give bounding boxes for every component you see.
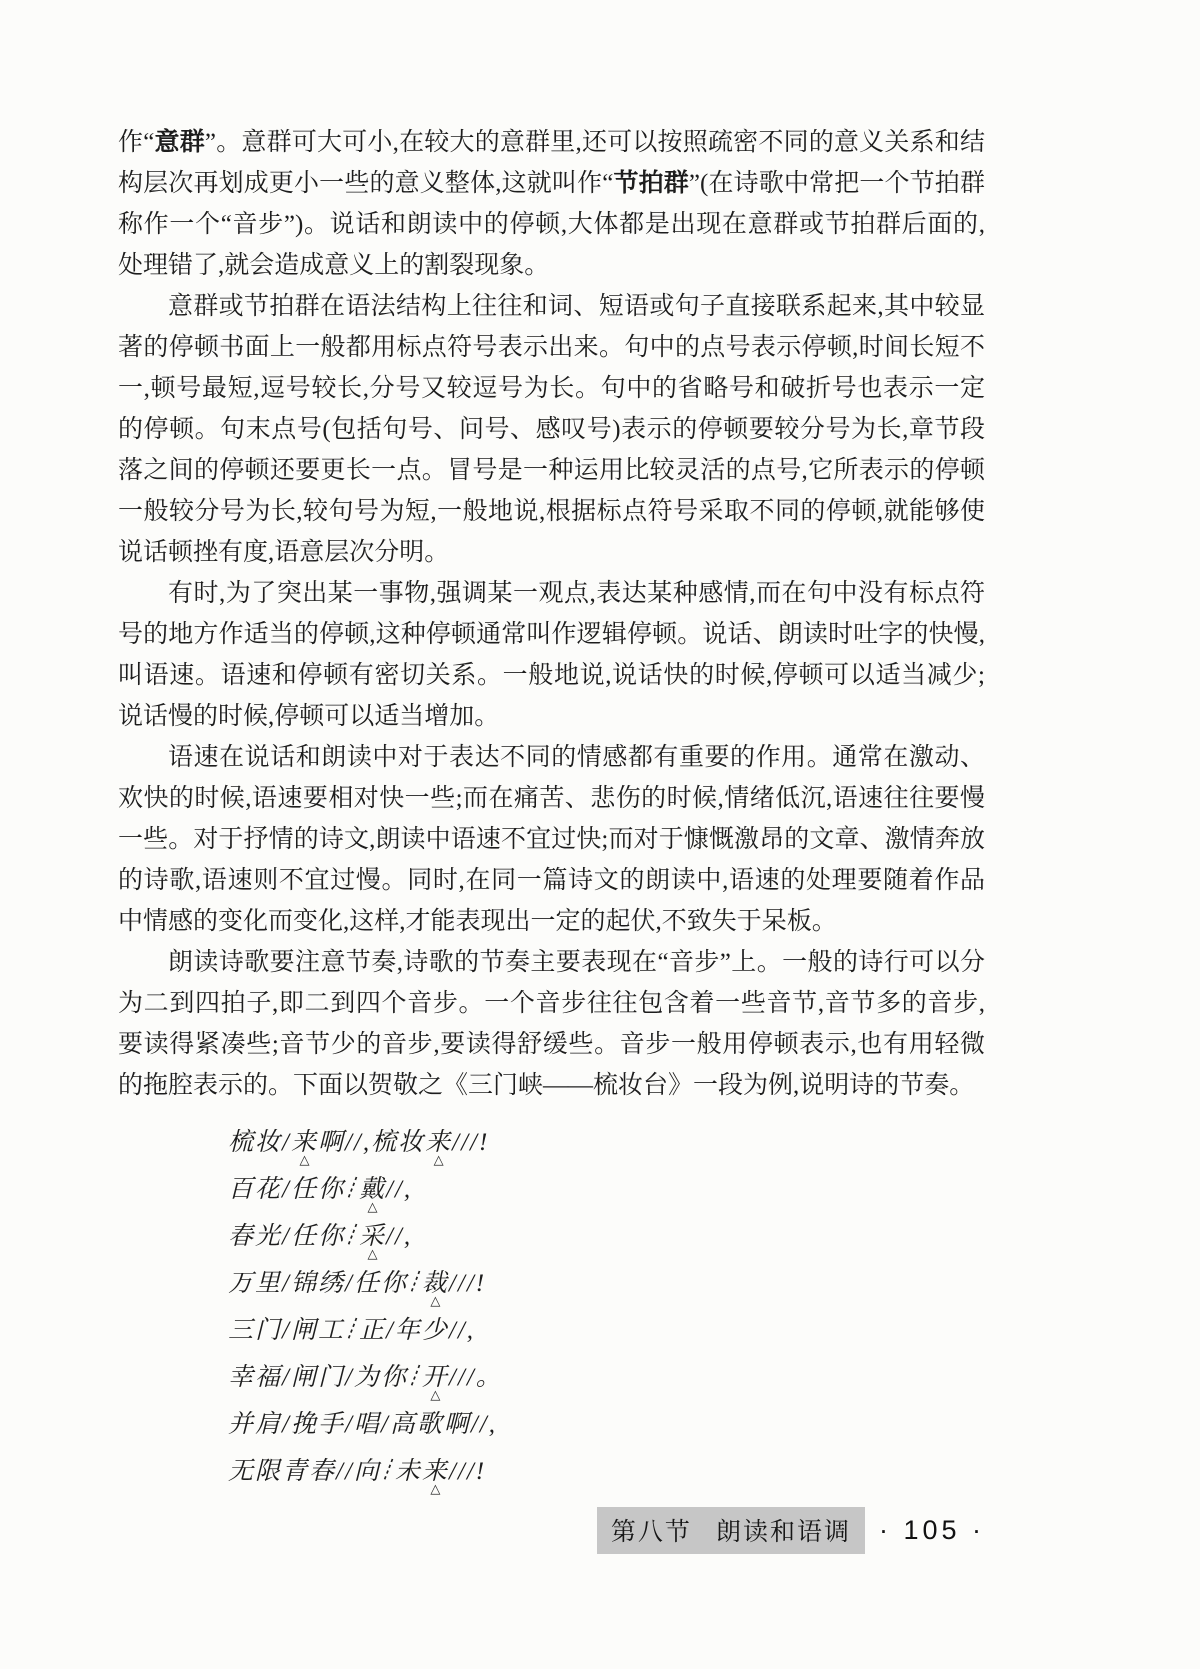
page-number: · 105 · bbox=[879, 1515, 985, 1546]
stressed-char: 裁△ bbox=[422, 1265, 449, 1303]
poem-text: 万里/锦绣/任你 bbox=[228, 1270, 408, 1297]
triangle-stress-icon: △ bbox=[430, 1294, 440, 1307]
poem-text: 春光/任你 bbox=[228, 1223, 345, 1250]
poem-text: ///。 bbox=[449, 1364, 503, 1391]
poem-text: 梳妆/ bbox=[228, 1129, 291, 1156]
poem-line: 春光/任你采△//, bbox=[228, 1218, 985, 1256]
poem-line: 百花/任你戴△//, bbox=[228, 1171, 985, 1209]
poem-text: ///! bbox=[452, 1129, 489, 1156]
paragraph: 语速在说话和朗读中对于表达不同的情感都有重要的作用。通常在激动、欢快的时候,语速… bbox=[118, 737, 985, 942]
triangle-stress-icon: △ bbox=[430, 1482, 440, 1495]
stressed-char: 来△ bbox=[291, 1124, 318, 1162]
paragraph: 意群或节拍群在语法结构上往往和词、短语或句子直接联系起来,其中较显著的停顿书面上… bbox=[118, 286, 985, 573]
dashed-slash-icon bbox=[345, 1175, 359, 1201]
poem-block: 梳妆/来△啊//,梳妆来△///!百花/任你戴△//,春光/任你采△//,万里/… bbox=[228, 1124, 985, 1491]
paragraph: 有时,为了突出某一事物,强调某一观点,表达某种感情,而在句中没有标点符号的地方作… bbox=[118, 573, 985, 737]
poem-line: 三门/闸工正/年少//, bbox=[228, 1312, 985, 1350]
poem-text: 并肩/挽手/唱/高歌啊//, bbox=[228, 1411, 497, 1438]
poem-text: 未 bbox=[395, 1458, 422, 1485]
text-run: 意群或节拍群在语法结构上往往和词、短语或句子直接联系起来,其中较显著的停顿书面上… bbox=[118, 293, 985, 566]
triangle-stress-icon: △ bbox=[299, 1153, 309, 1166]
triangle-stress-icon: △ bbox=[430, 1388, 440, 1401]
book-page: 作“意群”。意群可大可小,在较大的意群里,还可以按照疏密不同的意义关系和结构层次… bbox=[0, 0, 1200, 1669]
dashed-slash-icon bbox=[408, 1363, 422, 1389]
paragraph: 朗读诗歌要注意节奏,诗歌的节奏主要表现在“音步”上。一般的诗行可以分为二到四拍子… bbox=[118, 942, 985, 1106]
dashed-slash-icon bbox=[345, 1222, 359, 1248]
poem-line: 并肩/挽手/唱/高歌啊//, bbox=[228, 1406, 985, 1444]
poem-text: 百花/任你 bbox=[228, 1176, 345, 1203]
text-run: 作“ bbox=[118, 129, 154, 156]
poem-text: 正/年少//, bbox=[359, 1317, 475, 1344]
paragraph: 作“意群”。意群可大可小,在较大的意群里,还可以按照疏密不同的意义关系和结构层次… bbox=[118, 122, 985, 286]
triangle-stress-icon: △ bbox=[367, 1200, 377, 1213]
poem-text: //, bbox=[386, 1223, 412, 1250]
text-run: 有时,为了突出某一事物,强调某一观点,表达某种感情,而在句中没有标点符号的地方作… bbox=[118, 580, 985, 730]
poem-line: 梳妆/来△啊//,梳妆来△///! bbox=[228, 1124, 985, 1162]
section-number: 第八节 bbox=[611, 1518, 692, 1546]
stressed-char: 采△ bbox=[359, 1218, 386, 1256]
text-run: 朗读诗歌要注意节奏,诗歌的节奏主要表现在“音步”上。一般的诗行可以分为二到四拍子… bbox=[118, 949, 985, 1099]
stressed-char: 来△ bbox=[425, 1124, 452, 1162]
poem-text: //, bbox=[386, 1176, 412, 1203]
text-run: 语速在说话和朗读中对于表达不同的情感都有重要的作用。通常在激动、欢快的时候,语速… bbox=[118, 744, 985, 935]
stressed-char: 戴△ bbox=[359, 1171, 386, 1209]
poem-text: 无限青春//向 bbox=[228, 1458, 381, 1485]
poem-line: 幸福/闸门/为你开△///。 bbox=[228, 1359, 985, 1397]
poem-text: 啊//,梳妆 bbox=[318, 1129, 425, 1156]
bold-term: 意群 bbox=[154, 128, 205, 156]
poem-text: 幸福/闸门/为你 bbox=[228, 1364, 408, 1391]
stressed-char: 开△ bbox=[422, 1359, 449, 1397]
section-title-bar: 第八节朗读和语调 bbox=[597, 1507, 865, 1554]
poem-text: 三门/闸工 bbox=[228, 1317, 345, 1344]
dashed-slash-icon bbox=[408, 1269, 422, 1295]
page-footer: 第八节朗读和语调 · 105 · bbox=[118, 1507, 985, 1554]
dashed-slash-icon bbox=[345, 1316, 359, 1342]
section-title: 朗读和语调 bbox=[716, 1518, 851, 1546]
bold-term: 节拍群 bbox=[613, 169, 689, 197]
stressed-char: 来△ bbox=[422, 1453, 449, 1491]
body-text: 作“意群”。意群可大可小,在较大的意群里,还可以按照疏密不同的意义关系和结构层次… bbox=[118, 122, 985, 1106]
triangle-stress-icon: △ bbox=[367, 1247, 377, 1260]
poem-line: 万里/锦绣/任你裁△///! bbox=[228, 1265, 985, 1303]
poem-text: ///! bbox=[449, 1458, 486, 1485]
dashed-slash-icon bbox=[381, 1457, 395, 1483]
poem-text: ///! bbox=[449, 1270, 486, 1297]
triangle-stress-icon: △ bbox=[434, 1153, 444, 1166]
poem-line: 无限青春//向未来△///! bbox=[228, 1453, 985, 1491]
